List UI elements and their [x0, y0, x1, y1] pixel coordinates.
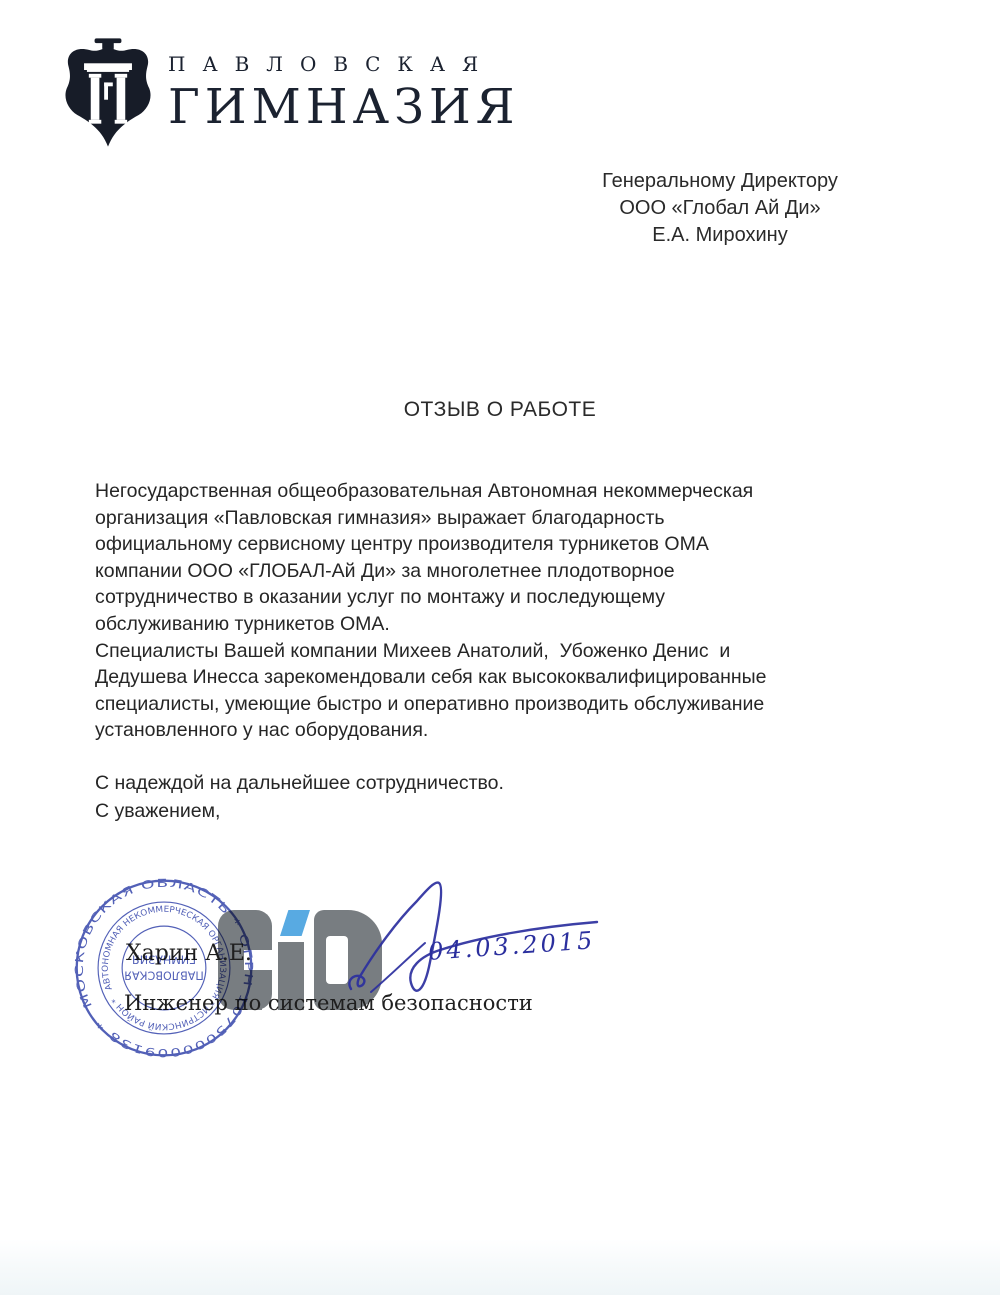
org-name: ПАВЛОВСКАЯ ГИМНАЗИЯ [168, 30, 520, 135]
stamp-center-line2: ГИМНАЗИЯ [132, 953, 196, 966]
body-line: обслуживанию турникетов ОМА. [95, 611, 910, 638]
recipient-line: Е.А. Мирохину [520, 222, 920, 249]
stamp-center-line1: ПАВЛОВСКАЯ [124, 969, 203, 982]
closing-line: С надеждой на дальнейшее сотрудничество. [95, 770, 795, 798]
body-line: сотрудничество в оказании услуг по монта… [95, 584, 910, 611]
recipient-line: Генеральному Директору [520, 168, 920, 195]
body-line: специалисты, умеющие быстро и оперативно… [95, 691, 910, 718]
org-name-line1: ПАВЛОВСКАЯ [168, 52, 520, 76]
gymnasium-shield-emblem-icon [62, 36, 154, 150]
signature-area: Харин А.Е. Инженер по системам безопасно… [0, 860, 1000, 1090]
body-line: установленного у нас оборудования. [95, 717, 910, 744]
body-line: Негосударственная общеобразовательная Ав… [95, 478, 910, 505]
body-text: Негосударственная общеобразовательная Ав… [95, 478, 910, 744]
body-line: официальному сервисному центру производи… [95, 531, 910, 558]
recipient-line: ООО «Глобал Ай Ди» [520, 195, 920, 222]
letter-page: ПАВЛОВСКАЯ ГИМНАЗИЯ Генеральному Директо… [0, 0, 1000, 1295]
logo-blue-accent [280, 910, 310, 936]
round-stamp: МОСКОВСКАЯ ОБЛАСТЬ * ОГРН 1075000009138 … [66, 870, 262, 1066]
closing-line: С уважением, [95, 798, 795, 826]
scan-artifact-band [0, 1239, 1000, 1295]
stamp-outer-ring-text: МОСКОВСКАЯ ОБЛАСТЬ * ОГРН 1075000009138 … [66, 870, 262, 1066]
body-line: компании ООО «ГЛОБАЛ-Ай Ди» за многолетн… [95, 558, 910, 585]
letterhead: ПАВЛОВСКАЯ ГИМНАЗИЯ [62, 30, 520, 150]
document-title: ОТЗЫВ О РАБОТЕ [0, 398, 1000, 422]
body-line: Специалисты Вашей компании Михеев Анатол… [95, 638, 910, 665]
body-line: организация «Павловская гимназия» выража… [95, 505, 910, 532]
recipient-block: Генеральному Директору ООО «Глобал Ай Ди… [520, 168, 920, 249]
closing-block: С надеждой на дальнейшее сотрудничество.… [95, 770, 795, 825]
org-name-line2: ГИМНАЗИЯ [168, 79, 520, 135]
svg-text:МОСКОВСКАЯ ОБЛАСТЬ * ОГРН 1075: МОСКОВСКАЯ ОБЛАСТЬ * ОГРН 1075000009138 … [66, 870, 262, 1066]
body-line: Дедушева Инесса зарекомендовали себя как… [95, 664, 910, 691]
